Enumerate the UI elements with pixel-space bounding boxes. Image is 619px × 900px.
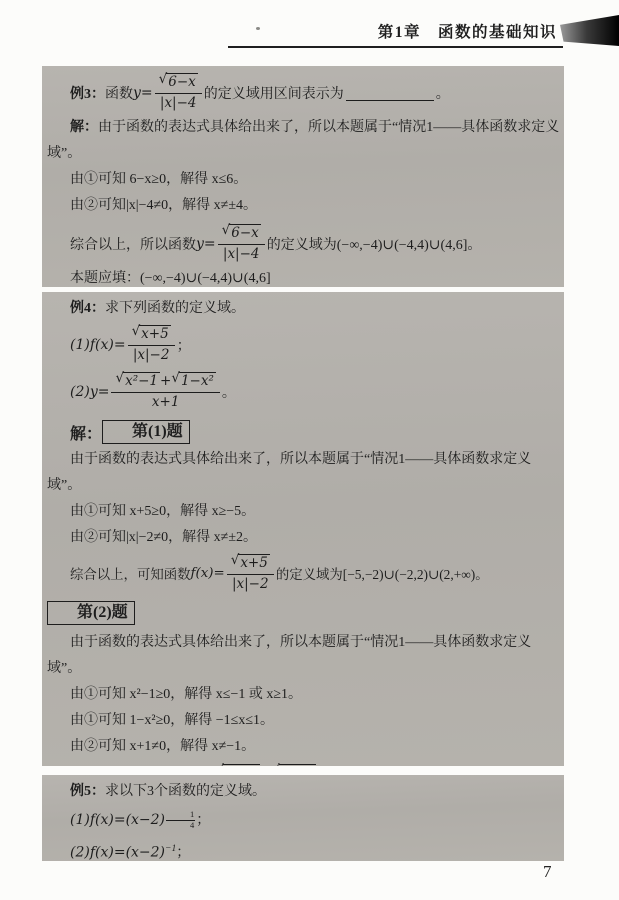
sqrt-expression: √1−x²: [271, 764, 316, 766]
sqrt-expression: √x²−1: [115, 372, 160, 391]
example3-label: 例3：: [70, 83, 105, 103]
example4-block: 例4：求下列函数的定义域。 (1)f(x)=√x+5|x|−2； (2)y=√x…: [42, 292, 564, 766]
step-line: 由②可知|x|−2≠0，解得 x≠±2。: [47, 525, 562, 551]
scan-speck: [256, 27, 260, 30]
exponent: −1: [165, 844, 176, 854]
part2-box: 第(2)题: [47, 601, 135, 625]
sqrt-expression: √6−x: [159, 73, 198, 92]
step-line: 由①可知 x+5≥0，解得 x≥−5。: [47, 499, 562, 525]
radical-icon: √: [159, 71, 168, 89]
conclusion-line: 综合以上，所以函数 y=√6−x|x|−4的定义域为(−∞,−4)∪(−4,4)…: [47, 221, 562, 266]
solution-part2-line: 第(2)题: [47, 598, 562, 628]
example4-item1: (1)f(x)=√x+5|x|−2；: [47, 322, 562, 367]
case-paragraph: 由于函数的表达式具体给出来了，所以本题属于“情况1——具体函数求定义域”。: [47, 447, 562, 499]
part1-box: 第(1)题: [102, 420, 190, 444]
example3-block: 例3：函数 y=√6−x|x|−4的定义域用区间表示为。 解：由于函数的表达式具…: [42, 66, 564, 287]
solution-label: 解：: [47, 421, 102, 444]
header-rule: [228, 46, 563, 48]
example4-title: 例4：求下列函数的定义域。: [47, 296, 562, 322]
sqrt-expression: √x+5: [132, 325, 171, 344]
answer-blank: [346, 85, 434, 101]
radical-icon: √: [222, 222, 231, 240]
example5-title: 例5：求以下3个函数的定义域。: [47, 779, 562, 805]
solution-label: 解：: [70, 120, 98, 135]
radical-icon: √: [271, 762, 280, 766]
chapter-header: 第1章 函数的基础知识: [378, 20, 557, 42]
example4-label: 例4：: [70, 301, 105, 316]
corner-tab-icon: [560, 15, 619, 46]
solution-paragraph: 解：由于函数的表达式具体给出来了，所以本题属于“情况1——具体函数求定义域”。: [47, 115, 562, 167]
answer-fill-line: 本题应填：(−∞,−4)∪(−4,4)∪(4,6]: [47, 266, 562, 287]
sqrt-expression: √x²−1: [215, 764, 260, 766]
example4-item2: (2)y=√x²−1+√1−x²x+1。: [47, 367, 562, 417]
step-line: 由①可知 1−x²≥0，解得 −1≤x≤1。: [47, 708, 562, 734]
fraction: √6−x|x|−4: [218, 224, 265, 263]
textbook-page: 第1章 函数的基础知识 例3：函数 y=√6−x|x|−4的定义域用区间表示为。…: [0, 0, 619, 900]
radical-icon: √: [115, 370, 124, 388]
example5-item2: (2)f(x)=(x−2)−1；: [47, 836, 562, 861]
step-line: 由②可知|x|−4≠0，解得 x≠±4。: [47, 193, 562, 219]
fraction: √x²−1+√1−x²x+1: [111, 372, 219, 411]
sqrt-expression: √1−x²: [171, 372, 216, 391]
sqrt-expression: √x+5: [231, 554, 270, 573]
step-line: 由①可知 x²−1≥0，解得 x≤−1 或 x≥1。: [47, 682, 562, 708]
fraction: √x²−1+√1−x²x+1: [211, 764, 319, 766]
example5-block: 例5：求以下3个函数的定义域。 (1)f(x)=(x−2)14； (2)f(x)…: [42, 775, 564, 861]
page-number: 7: [543, 862, 552, 882]
fraction: √x+5|x|−2: [227, 554, 274, 593]
fraction: √6−x|x|−4: [155, 73, 202, 112]
example5-item1: (1)f(x)=(x−2)14；: [47, 805, 562, 836]
radical-icon: √: [171, 370, 180, 388]
conclusion-line: 综合以上，所以函数 y=√x²−1+√1−x²x+1的定义域为{x|x=1}。: [47, 760, 562, 766]
step-line: 由①可知 6−x≥0，解得 x≤6。: [47, 167, 562, 193]
step-line: 由②可知 x+1≠0，解得 x≠−1。: [47, 734, 562, 760]
radical-icon: √: [132, 323, 141, 341]
case-paragraph: 由于函数的表达式具体给出来了，所以本题属于“情况1——具体函数求定义域”。: [47, 630, 562, 682]
conclusion-line: 综合以上，可知函数 f(x)=√x+5|x|−2的定义域为[−5,−2)∪(−2…: [47, 551, 562, 596]
solution-part1-line: 解：第(1)题: [47, 417, 562, 447]
radical-icon: √: [231, 552, 240, 570]
radical-icon: √: [215, 762, 224, 766]
example3-title: 例3：函数 y=√6−x|x|−4的定义域用区间表示为。: [47, 70, 562, 115]
fraction: √x+5|x|−2: [128, 325, 175, 364]
sqrt-expression: √6−x: [222, 224, 261, 243]
example5-label: 例5：: [70, 784, 105, 799]
exponent-fraction: 14: [166, 810, 195, 831]
